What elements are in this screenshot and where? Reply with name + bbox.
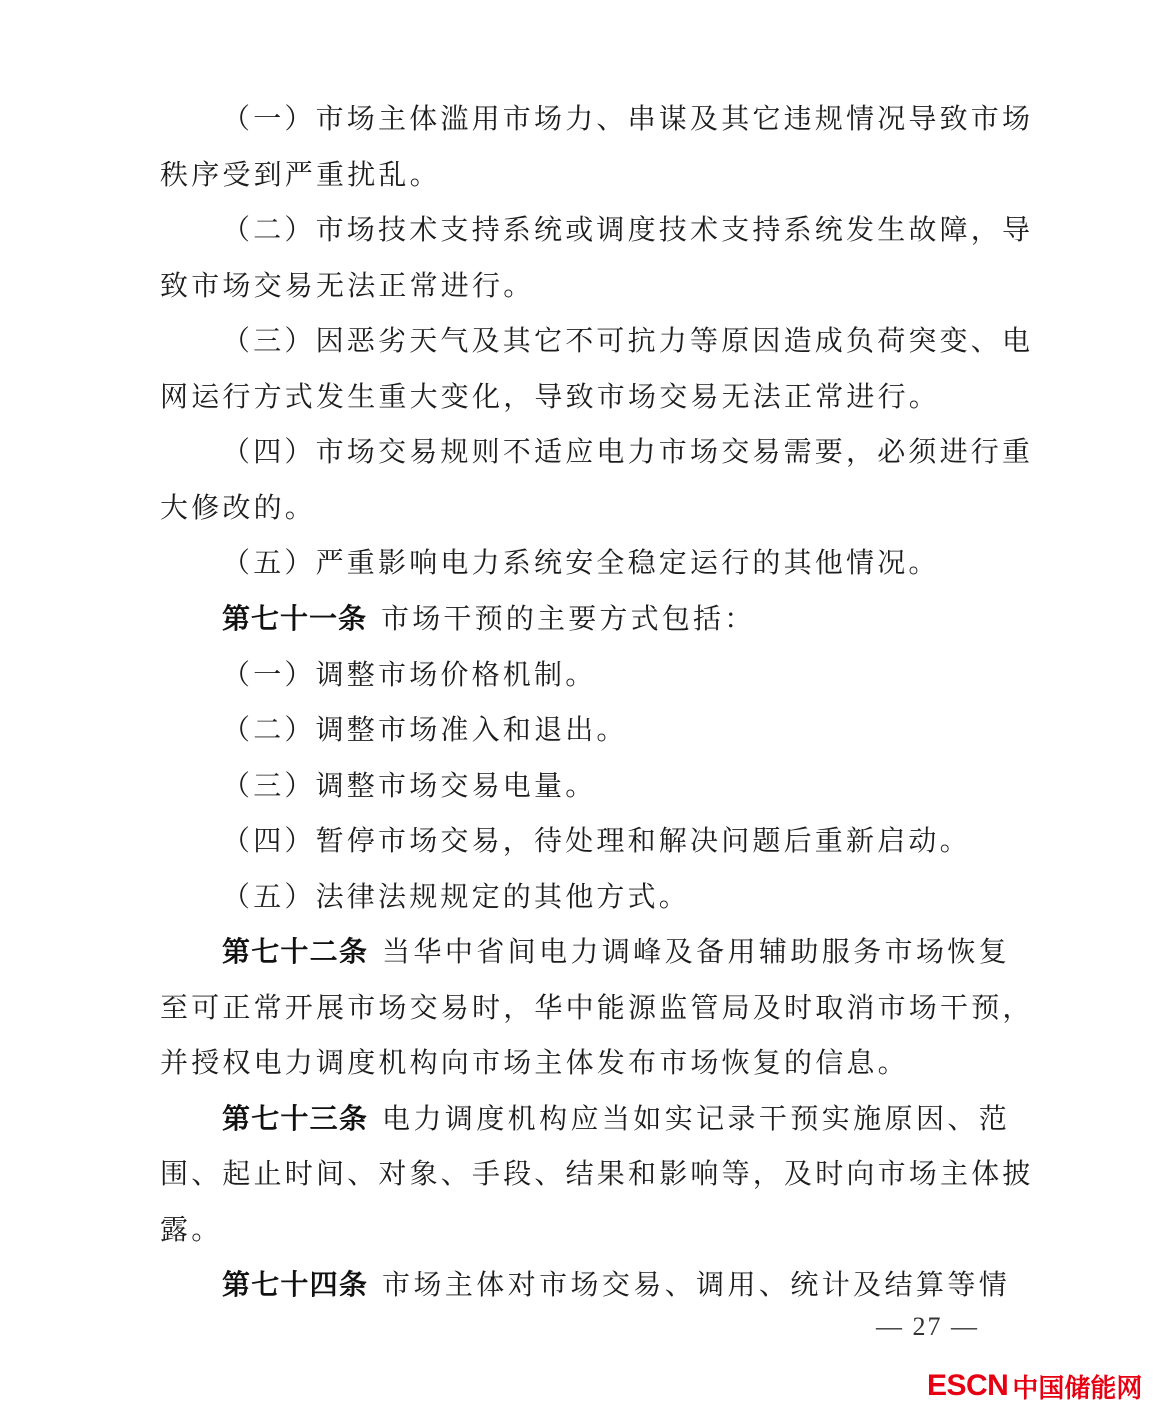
line-text: （二）调整市场准入和退出。	[222, 713, 628, 746]
line-text: 至可正常开展市场交易时，华中能源监管局及时取消市场干预，	[160, 991, 1034, 1024]
line-text: 秩序受到严重扰乱。	[160, 158, 441, 191]
text-line: 围、起止时间、对象、手段、结果和影响等，及时向市场主体披	[160, 1156, 1010, 1192]
line-text: 市场主体对市场交易、调用、统计及结算等情	[382, 1268, 1010, 1301]
article-line: 第七十二条当华中省间电力调峰及备用辅助服务市场恢复	[222, 934, 1010, 970]
line-text: 露。	[160, 1213, 222, 1246]
article-line: 第七十三条电力调度机构应当如实记录干预实施原因、范	[222, 1101, 1010, 1137]
line-text: 致市场交易无法正常进行。	[160, 269, 534, 302]
text-line: （一）市场主体滥用市场力、串谋及其它违规情况导致市场	[222, 101, 1010, 137]
line-text: （三）调整市场交易电量。	[222, 769, 596, 802]
article-line: 第七十四条市场主体对市场交易、调用、统计及结算等情	[222, 1267, 1010, 1303]
line-text: （一）调整市场价格机制。	[222, 658, 596, 691]
line-text: （五）法律法规规定的其他方式。	[222, 880, 690, 913]
text-line: 致市场交易无法正常进行。	[160, 268, 1010, 304]
article-number: 第七十二条	[222, 935, 368, 968]
line-text: 当华中省间电力调峰及备用辅助服务市场恢复	[382, 935, 1010, 968]
line-text: （二）市场技术支持系统或调度技术支持系统发生故障，导	[222, 213, 1033, 246]
line-text: （三）因恶劣天气及其它不可抗力等原因造成负荷突变、电	[222, 324, 1033, 357]
page-number: — 27 —	[876, 1312, 979, 1342]
article-number: 第七十四条	[222, 1268, 368, 1301]
line-text: 网运行方式发生重大变化，导致市场交易无法正常进行。	[160, 380, 940, 413]
text-line: 网运行方式发生重大变化，导致市场交易无法正常进行。	[160, 379, 1010, 415]
line-text: 市场干预的主要方式包括：	[381, 602, 755, 635]
line-text: （一）市场主体滥用市场力、串谋及其它违规情况导致市场	[222, 102, 1033, 135]
line-text: 大修改的。	[160, 491, 316, 524]
text-line: （五）法律法规规定的其他方式。	[222, 879, 1010, 915]
text-line: 大修改的。	[160, 490, 1010, 526]
escn-watermark-logo: ESCN 中国储能网	[927, 1368, 1142, 1404]
line-text: 围、起止时间、对象、手段、结果和影响等，及时向市场主体披	[160, 1157, 1034, 1190]
line-text: 并授权电力调度机构向市场主体发布市场恢复的信息。	[160, 1046, 909, 1079]
text-line: （三）调整市场交易电量。	[222, 768, 1010, 804]
line-text: 电力调度机构应当如实记录干预实施原因、范	[382, 1102, 1010, 1135]
watermark-brand: ESCN	[927, 1369, 1008, 1403]
text-line: （一）调整市场价格机制。	[222, 657, 1010, 693]
text-line: （五）严重影响电力系统安全稳定运行的其他情况。	[222, 545, 1010, 581]
line-text: （四）市场交易规则不适应电力市场交易需要，必须进行重	[222, 435, 1033, 468]
article-line: 第七十一条市场干预的主要方式包括：	[222, 601, 1010, 637]
line-text: （五）严重影响电力系统安全稳定运行的其他情况。	[222, 546, 940, 579]
text-line: （四）市场交易规则不适应电力市场交易需要，必须进行重	[222, 434, 1010, 470]
article-number: 第七十一条	[222, 602, 367, 635]
text-line: （二）调整市场准入和退出。	[222, 712, 1010, 748]
text-line: 并授权电力调度机构向市场主体发布市场恢复的信息。	[160, 1045, 1010, 1081]
text-line: 秩序受到严重扰乱。	[160, 157, 1010, 193]
text-line: 露。	[160, 1212, 1010, 1248]
text-line: （四）暂停市场交易，待处理和解决问题后重新启动。	[222, 823, 1010, 859]
line-text: （四）暂停市场交易，待处理和解决问题后重新启动。	[222, 824, 971, 857]
watermark-site-name: 中国储能网	[1012, 1368, 1142, 1405]
article-number: 第七十三条	[222, 1102, 368, 1135]
document-page: （一）市场主体滥用市场力、串谋及其它违规情况导致市场秩序受到严重扰乱。（二）市场…	[0, 0, 1162, 1421]
text-line: 至可正常开展市场交易时，华中能源监管局及时取消市场干预，	[160, 990, 1010, 1026]
text-line: （二）市场技术支持系统或调度技术支持系统发生故障，导	[222, 212, 1010, 248]
text-line: （三）因恶劣天气及其它不可抗力等原因造成负荷突变、电	[222, 323, 1010, 359]
